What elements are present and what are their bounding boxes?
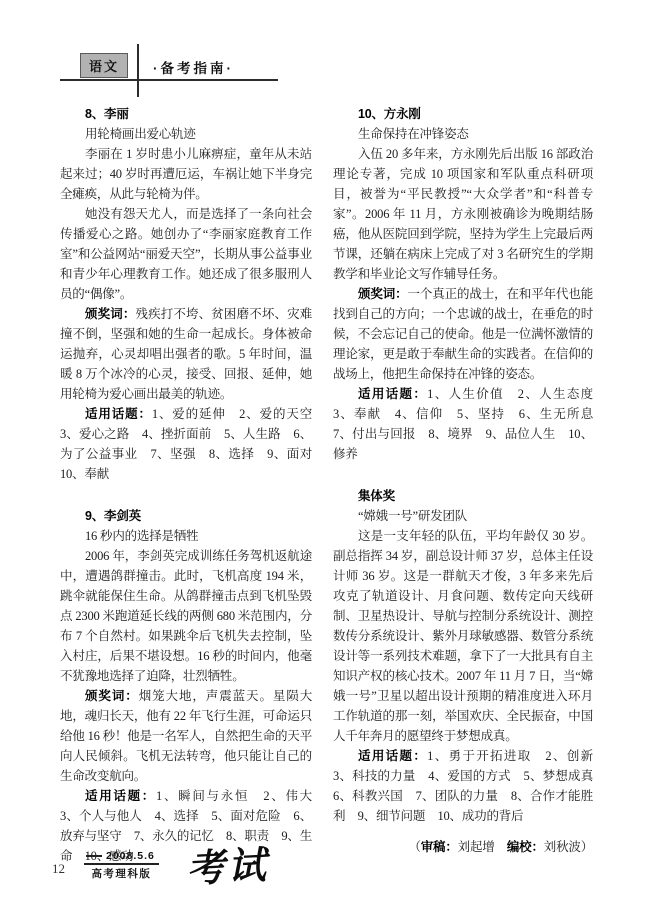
article-heading: 集体奖 <box>333 486 593 506</box>
magazine-logo: 考试 <box>185 834 270 893</box>
article-paragraph: 她没有怨天尤人，而是选择了一条向社会传播爱心之路。她创办了“李丽家庭教育工作室”… <box>60 204 312 304</box>
award-label: 颁奖词： <box>85 307 136 321</box>
article-li-jianying: 9、李剑英 16 秒内的选择是牺牲 2006 年，李剑英完成训练任务驾机返航途中… <box>60 506 312 866</box>
award-paragraph: 颁奖词：烟笼大地，声震蓝天。星陨大地，魂归长天，他有 22 年飞行生涯，可命运只… <box>60 686 312 786</box>
header-horizontal-rule <box>60 79 278 81</box>
award-text: 烟笼大地，声震蓝天。星陨大地，魂归长天，他有 22 年飞行生涯，可命运只给他 1… <box>60 689 312 783</box>
article-subtitle: 用轮椅画出爱心轨迹 <box>60 124 312 144</box>
topics-label: 适用话题： <box>85 789 156 803</box>
article-subtitle: “嫦娥一号”研发团队 <box>333 506 593 526</box>
review-name: 刘起增 <box>458 840 495 854</box>
article-paragraph: 2006 年，李剑英完成训练任务驾机返航途中，遭遇鸽群撞击。此时，飞机高度 19… <box>60 546 312 686</box>
award-text: 一个真正的战士，在和平年代也能找到自己的方向；一个忠诚的战士，在垂危的时候，不会… <box>333 287 593 381</box>
page-number: 12 <box>52 861 65 877</box>
topics-paragraph: 适用话题：1、人生价值 2、人生态度 3、奉献 4、信仰 5、坚持 6、生无所息… <box>333 384 593 464</box>
issue-date: 2008.5.6 <box>84 850 159 865</box>
topics-label: 适用话题： <box>85 407 152 421</box>
article-subtitle: 16 秒内的选择是牺牲 <box>60 526 312 546</box>
article-paragraph: 这是一支年轻的队伍，平均年龄仅 30 岁。副总指挥 34 岁，副总设计师 37 … <box>333 526 593 746</box>
edit-label: 编校： <box>507 840 544 854</box>
article-paragraph: 李丽在 1 岁时患小儿麻痹症，童年从未站起来过；40 岁时再遭厄运，车祸让她下半… <box>60 144 312 204</box>
column-title: ·备考指南· <box>153 57 234 77</box>
subject-label-box: 语文 <box>80 53 128 78</box>
award-label: 颁奖词： <box>358 287 408 301</box>
article-li-li: 8、李丽 用轮椅画出爱心轨迹 李丽在 1 岁时患小儿麻痹症，童年从未站起来过；4… <box>60 104 312 484</box>
article-heading: 8、李丽 <box>60 104 312 124</box>
topics-label: 适用话题： <box>358 387 427 401</box>
issue-info: 2008.5.6 高考理科版 <box>84 850 159 881</box>
award-paragraph: 颁奖词：残疾打不垮、贫困磨不坏、灾难撞不倒，坚强和她的生命一起成长。身体被命运抛… <box>60 304 312 404</box>
article-paragraph: 入伍 20 多年来，方永刚先后出版 16 部政治理论专著，完成 10 项国家和军… <box>333 144 593 284</box>
award-label: 颁奖词： <box>85 689 139 703</box>
award-paragraph: 颁奖词：一个真正的战士，在和平年代也能找到自己的方向；一个忠诚的战士，在垂危的时… <box>333 284 593 384</box>
header-vertical-divider <box>137 44 139 97</box>
topics-paragraph: 适用话题：1、勇于开拓进取 2、创新 3、科技的力量 4、爱国的方式 5、梦想成… <box>333 746 593 826</box>
review-label: 审稿： <box>421 840 458 854</box>
right-column: 10、方永刚 生命保持在冲锋姿态 入伍 20 多年来，方永刚先后出版 16 部政… <box>333 104 593 857</box>
left-column: 8、李丽 用轮椅画出爱心轨迹 李丽在 1 岁时患小儿麻痹症，童年从未站起来过；4… <box>60 104 312 866</box>
article-subtitle: 生命保持在冲锋姿态 <box>333 124 593 144</box>
award-text: 残疾打不垮、贫困磨不坏、灾难撞不倒，坚强和她的生命一起成长。身体被命运抛弃，心灵… <box>60 307 312 401</box>
subject-label: 语文 <box>89 56 119 75</box>
topics-paragraph: 适用话题：1、爱的延伸 2、爱的天空 3、爱心之路 4、挫折面前 5、人生路 6… <box>60 404 312 484</box>
article-heading: 9、李剑英 <box>60 506 312 526</box>
credits-line: （审稿：刘起增 编校：刘秋波） <box>333 837 593 857</box>
edit-name: 刘秋波 <box>544 840 581 854</box>
article-group-award: 集体奖 “嫦娥一号”研发团队 这是一支年轻的队伍，平均年龄仅 30 岁。副总指挥… <box>333 486 593 826</box>
article-heading: 10、方永刚 <box>333 104 593 124</box>
topics-label: 适用话题： <box>358 749 427 763</box>
article-fang-yonggang: 10、方永刚 生命保持在冲锋姿态 入伍 20 多年来，方永刚先后出版 16 部政… <box>333 104 593 464</box>
magazine-page: 语文 ·备考指南· 8、李丽 用轮椅画出爱心轨迹 李丽在 1 岁时患小儿麻痹症，… <box>0 0 650 913</box>
issue-edition: 高考理科版 <box>84 865 159 881</box>
